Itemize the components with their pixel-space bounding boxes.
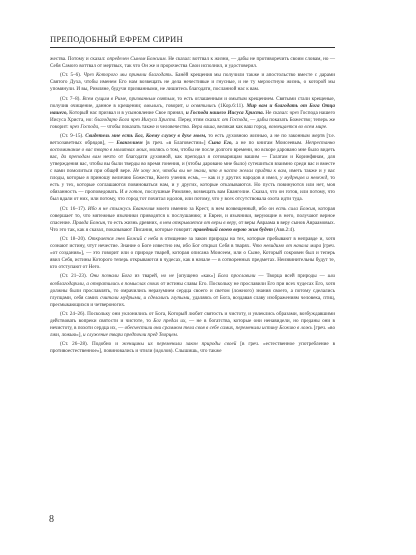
text-run: — чтобы показать также и человечество. (99, 124, 191, 130)
paragraph: (Ст. 24–26). Поскольку они уклонились от… (50, 311, 335, 339)
running-header-title: ПРЕПОДОБНЫЙ ЕФРЕМ СИРИН (50, 34, 335, 44)
italic-quote: Что невидимо от начала мира (252, 243, 321, 249)
paragraph: (Ст. 18–20). Открается гнев Божий с неба… (50, 236, 335, 271)
paragraph: жества. Потому и сказал: определен Сыном… (50, 56, 335, 70)
italic-quote: Всем сущим в Риме, призванным святым, (82, 96, 175, 102)
text-run: то есть жизнь древних, (106, 220, 159, 226)
text-run: моего именно за Крест, в нем возвещенный… (155, 206, 276, 212)
italic-quote: считали мудрыми, и сделались глупыми, (100, 295, 191, 301)
text-run: (Ст. 5–6). (60, 72, 83, 78)
italic-quote: Бог предал их, (153, 318, 186, 324)
italic-quote: определен Сыном Божиим. (107, 56, 167, 62)
italic-quote: женщины их переменили закон природы свое… (122, 341, 236, 347)
text-run: [опущено «как»] (174, 273, 218, 279)
italic-quote: омылись, (144, 103, 164, 109)
italic-quote: да преподам вам (61, 154, 101, 160)
italic-quote: чрез (290, 110, 299, 116)
text-run: [в греч. «в Благовестии»] (143, 140, 209, 146)
italic-quote: я готов, (125, 189, 143, 195)
italic-quote: Вера ваша, (192, 124, 216, 130)
running-header: ПРЕПОДОБНЫЙ ЕФРЕМ СИРИН (50, 34, 335, 48)
text-run: Который нас призвал и в усыновление Свое… (68, 110, 186, 116)
paragraph: (Ст. 16–17). Ибо я не стыжусь Евангелия … (50, 206, 335, 234)
text-run: великая как ваш город, (216, 124, 269, 130)
italic-quote: и служение твари предпочли пред Творцем. (83, 332, 178, 338)
header-divider (50, 47, 335, 48)
italic-quote: Открается гнев Божий с неба (88, 236, 158, 242)
text-run: (Ст. 26–28). Подобно и (60, 341, 122, 347)
text-run: (Авв.2:4). (273, 227, 295, 233)
italic-quote: обесчестили они сраммом тела своя в себе… (125, 325, 313, 331)
italic-quote: Ибо я не стыжусь Евангелия (88, 206, 155, 212)
italic-quote: у мудрецов и невежд, (280, 175, 328, 181)
text-run: (Ст. 18–20). (60, 236, 88, 242)
emphasized-quote: Евангелием (116, 140, 142, 146)
text-run: из тварей, (132, 273, 161, 279)
paragraph: (Ст. 9–15). Свидетель мне есть Бог, Коем… (50, 133, 335, 203)
text-run: (Ст. 21–23). (60, 273, 90, 279)
text-run: (1Кор.6:11). (216, 103, 246, 109)
paragraph: (Ст. 26–28). Подобно и женщины их переме… (50, 341, 335, 355)
emphasized-quote: Свидетель мне есть Бог, Коему служу в ду… (85, 133, 206, 139)
emphasized-quote: праведный своею верою жив будет (193, 227, 272, 233)
text-run: а не по книгам Моисеевым. (233, 140, 306, 146)
text-run: жества. Потому и сказал: (50, 56, 107, 62)
italic-quote: Бога прославили (218, 273, 256, 279)
text-run: — Творца всей природы — (256, 273, 328, 279)
italic-quote: чрез Господа, (70, 124, 100, 130)
text-run: (Ст. 9–15). (60, 133, 85, 139)
italic-quote: от Господа, (222, 117, 249, 123)
italic-quote: но не (161, 273, 174, 279)
text-run: Не сказал: (264, 110, 290, 116)
italic-quote: и освятились (186, 103, 216, 109)
italic-quote: Не хочу же, чтобы вы не знали, что я час… (133, 168, 287, 174)
emphasized-quote: Сына Его, (208, 140, 232, 146)
italic-quote: Они познали Бога (90, 273, 132, 279)
italic-quote: есть сила Божия, (276, 206, 317, 212)
paragraph: (Ст. 5–6). Чрез Которого мы приняли благ… (50, 72, 335, 93)
italic-quote: возвещается во всем мире. (269, 124, 328, 130)
text-run: говорит, (164, 103, 187, 109)
page-number: 8 (49, 514, 54, 525)
italic-quote: в нем открывается от веры в веру, (160, 220, 238, 226)
text-run: Перед этим сказал: (177, 117, 222, 123)
text-run: (Ст. 16–17). (60, 206, 88, 212)
paragraph: (Ст. 21–23). Они познали Бога из тварей,… (50, 273, 335, 308)
italic-quote: Правда Божия, (72, 220, 106, 226)
italic-quote: Чрез Которого мы приняли благодать. (83, 72, 173, 78)
page-body-text: жества. Потому и сказал: определен Сыном… (50, 56, 335, 355)
paragraph: (Ст. 7–8). Всем сущим в Риме, призванным… (50, 96, 335, 131)
emphasized-quote: и Господа нашего Иисуса Христа. (186, 110, 264, 116)
text-run: (Ст. 7–8). (60, 96, 82, 102)
italic-quote: благодарю Бога чрез Иисуса Христа. (94, 117, 176, 123)
